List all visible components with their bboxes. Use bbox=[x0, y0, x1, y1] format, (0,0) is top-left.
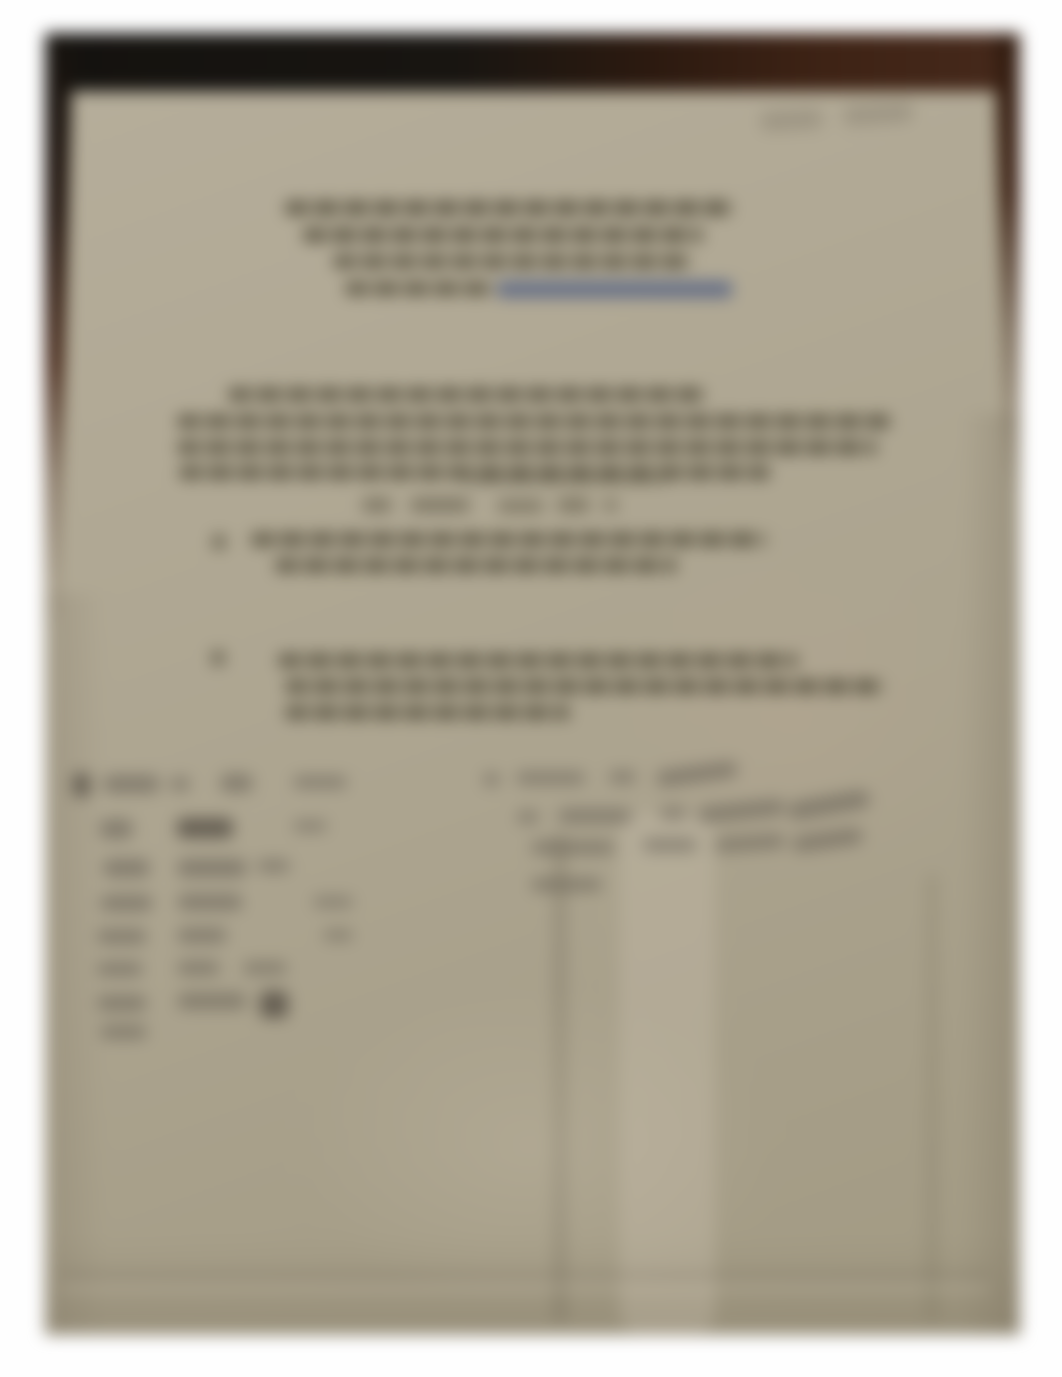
hw-right-r2-s2 bbox=[558, 809, 632, 823]
intro-underlined-phrase bbox=[465, 480, 665, 483]
hw-right-r2-s5 bbox=[787, 789, 871, 821]
paper-crease-vertical-dark bbox=[553, 833, 567, 1323]
hw-right-r1-s1 bbox=[483, 773, 500, 786]
hw-left-r7-blob bbox=[260, 991, 288, 1018]
hw-left-r4-s3 bbox=[313, 897, 353, 907]
hw-right-r1-s3 bbox=[609, 771, 636, 783]
hw-left-r2-s2 bbox=[177, 818, 233, 838]
question-1-number bbox=[213, 535, 225, 549]
hw-left-r6-s2 bbox=[177, 961, 220, 975]
paper-bottom-shadow bbox=[45, 1235, 1020, 1335]
paper-sheen-lower bbox=[295, 983, 775, 1313]
hw-left-r5-s2 bbox=[177, 928, 227, 943]
title-line-2 bbox=[303, 228, 703, 242]
question-1-line-2 bbox=[275, 559, 677, 572]
equation-cluster-5 bbox=[603, 499, 618, 511]
hw-left-r7-s2 bbox=[177, 993, 247, 1009]
hw-topright-name-2 bbox=[842, 102, 913, 127]
hw-left-r3-s1 bbox=[103, 859, 150, 877]
paper-sheen-warm bbox=[605, 553, 985, 883]
paper-crease-vertical-light bbox=[620, 813, 715, 1333]
hw-right-r3-s4 bbox=[791, 827, 864, 853]
hw-left-r1-s4 bbox=[293, 776, 347, 788]
hw-left-r5-s3 bbox=[323, 930, 353, 940]
hw-left-r4-s1 bbox=[100, 895, 153, 911]
title-line-3 bbox=[333, 255, 693, 268]
hw-topright-name-1 bbox=[760, 108, 824, 131]
dark-surface-left-edge bbox=[45, 33, 73, 633]
paper-crease-horizontal bbox=[60, 1273, 990, 1281]
hw-left-r4-s2 bbox=[177, 894, 243, 910]
equation-cluster-1 bbox=[362, 498, 392, 512]
hw-right-r1-s4 bbox=[655, 760, 738, 787]
equation-cluster-2 bbox=[410, 498, 470, 512]
dark-surface-right-edge bbox=[994, 33, 1020, 493]
hw-left-r3-s3 bbox=[257, 860, 290, 872]
document-photo bbox=[45, 33, 1020, 1335]
question-2-line-1 bbox=[278, 654, 798, 667]
hw-left-r6-s1 bbox=[97, 962, 143, 976]
worksheet-paper bbox=[45, 33, 1020, 1335]
question-2-line-2 bbox=[285, 680, 885, 693]
hw-left-r1-s1 bbox=[103, 775, 160, 793]
hw-right-r4-s1 bbox=[531, 878, 602, 891]
hw-right-r2-s3 bbox=[660, 807, 687, 819]
hw-left-r7-s1 bbox=[97, 995, 147, 1011]
intro-line-2 bbox=[177, 415, 891, 428]
title-line-4-hyperlink bbox=[497, 281, 732, 297]
paper-right-shadow bbox=[960, 413, 1020, 1333]
hw-left-r1-s3 bbox=[220, 774, 253, 792]
hw-right-r2-s4 bbox=[696, 798, 785, 823]
intro-line-4 bbox=[179, 466, 770, 479]
equation-cluster-3 bbox=[497, 500, 544, 512]
question-2-line-3 bbox=[285, 706, 570, 719]
hw-left-r3-s2 bbox=[177, 859, 247, 877]
hw-right-r3-s1 bbox=[531, 841, 615, 854]
title-line-4-text bbox=[345, 282, 495, 295]
paper-left-shadow bbox=[45, 593, 105, 1333]
hw-left-r2-s3 bbox=[293, 821, 327, 831]
hw-right-r2-s1 bbox=[517, 811, 539, 823]
hw-left-r1-mark bbox=[73, 773, 90, 797]
hw-left-r5-s1 bbox=[97, 929, 147, 944]
hw-left-r2-s1 bbox=[100, 819, 133, 839]
intro-line-1 bbox=[228, 388, 707, 401]
question-1-line-1 bbox=[251, 533, 766, 546]
hw-left-r1-s2 bbox=[170, 777, 190, 791]
hw-right-r1-s2 bbox=[516, 772, 585, 784]
hw-left-r8-s1 bbox=[100, 1025, 147, 1039]
page-background bbox=[0, 0, 1062, 1377]
dark-surface-top-edge bbox=[45, 33, 1020, 91]
paper-crease-horizontal-highlight bbox=[60, 1283, 990, 1291]
hw-left-r6-s3 bbox=[243, 962, 287, 974]
question-2-number bbox=[212, 651, 224, 665]
paper-crease-vertical-dark-2 bbox=[925, 873, 939, 1323]
equation-cluster-4 bbox=[557, 498, 590, 512]
intro-line-3 bbox=[177, 441, 877, 454]
hw-right-r3-s3 bbox=[714, 834, 786, 853]
hw-right-r3-s2 bbox=[643, 839, 697, 851]
title-line-1 bbox=[285, 201, 735, 215]
